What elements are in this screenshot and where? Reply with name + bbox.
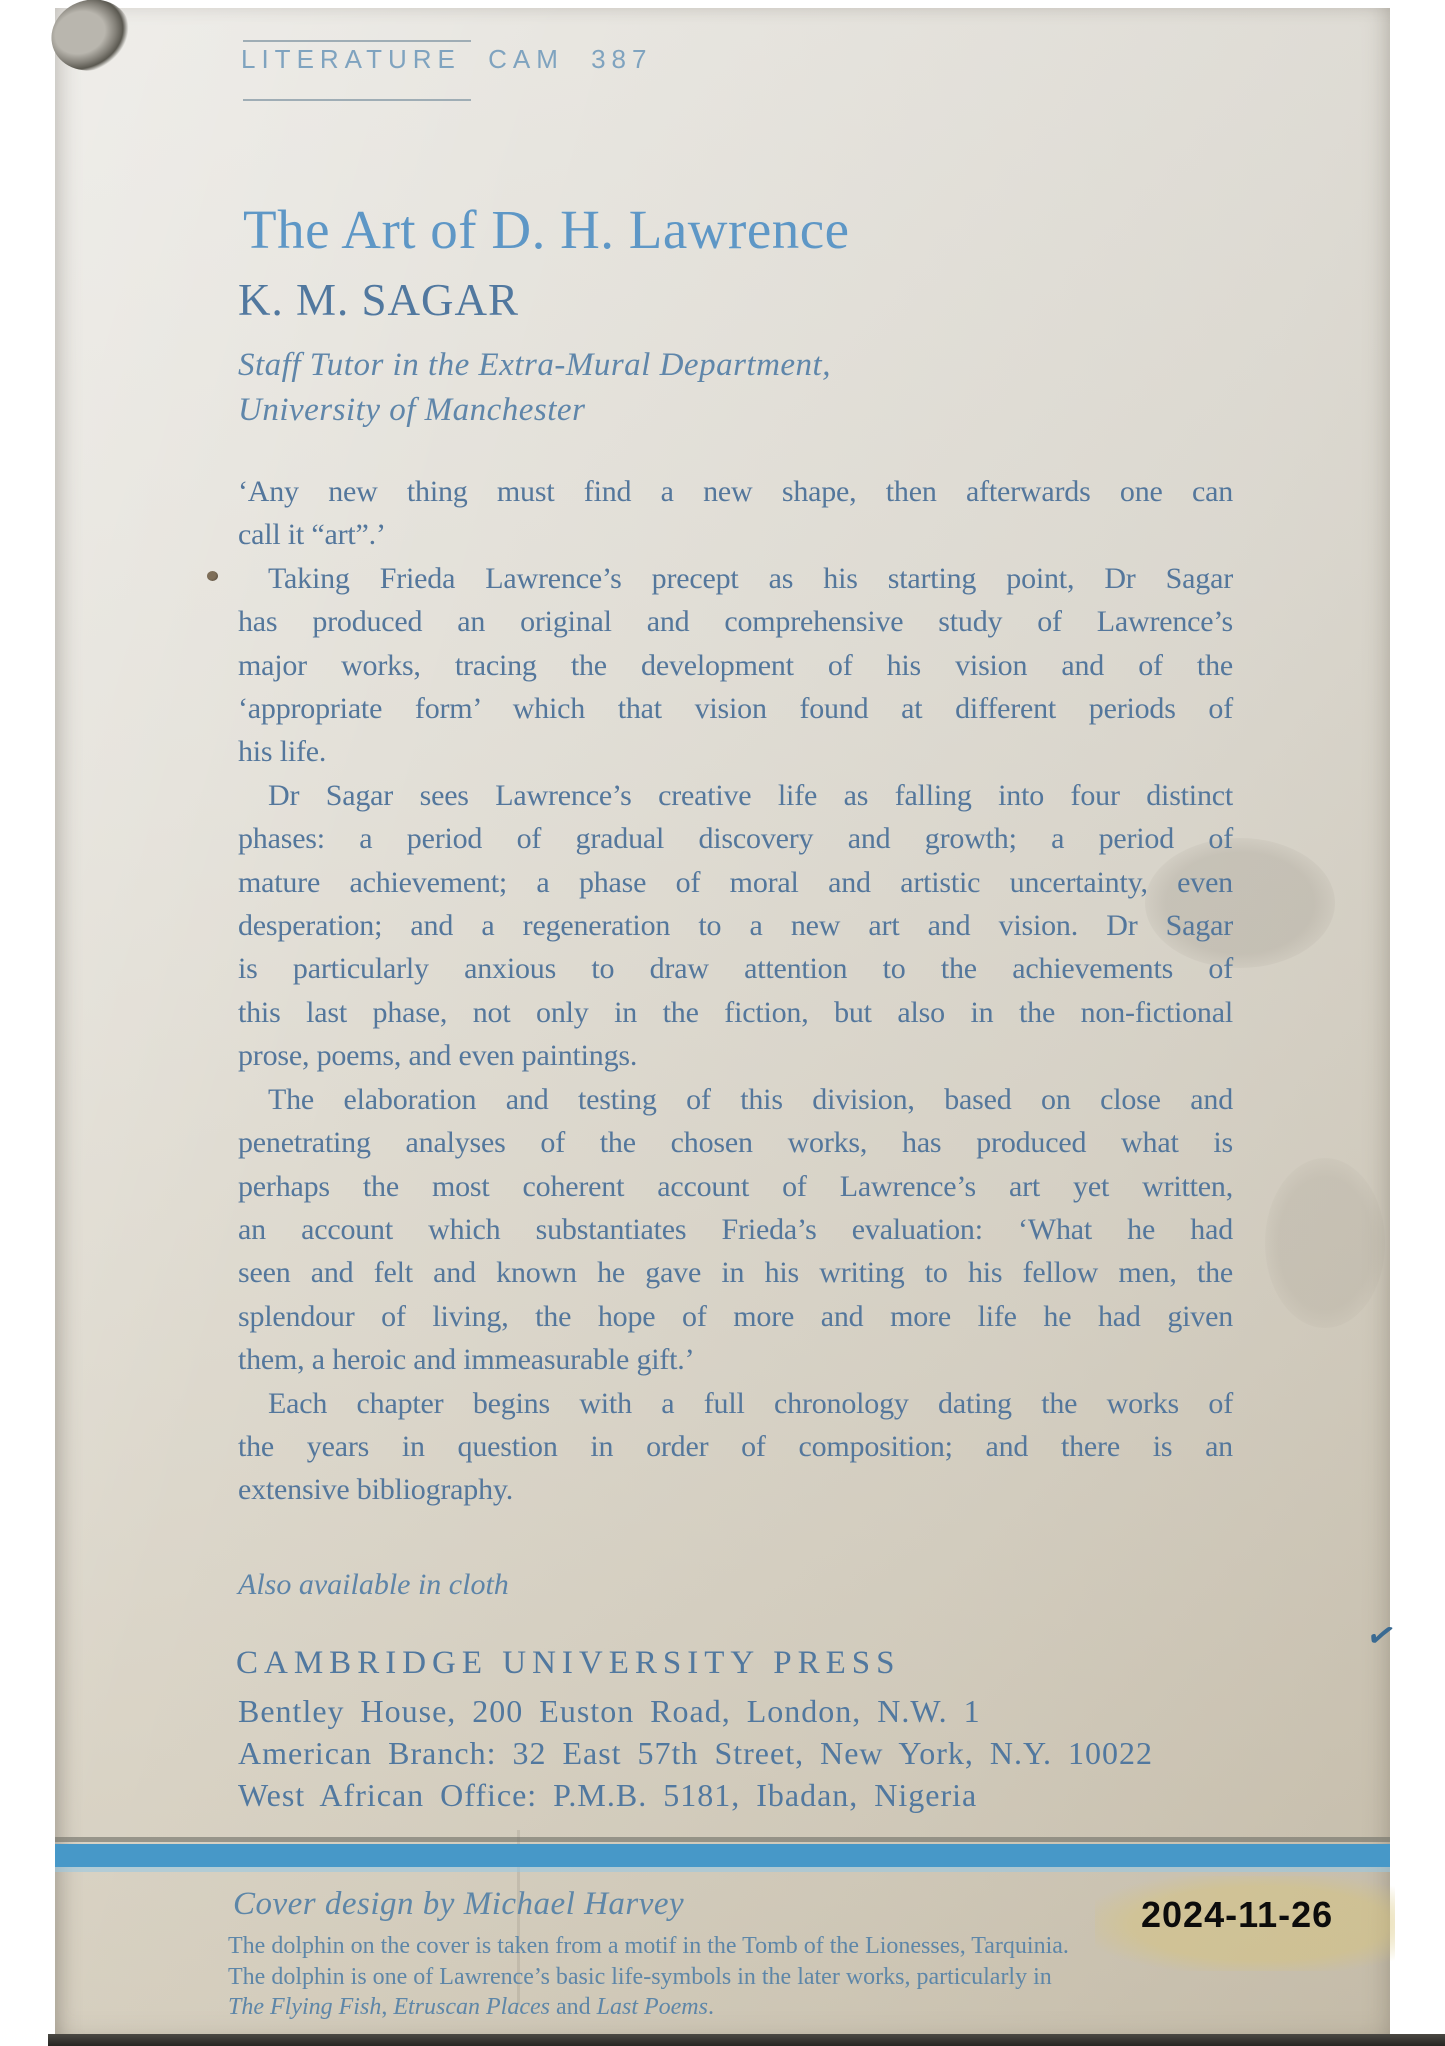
- dolphin-motif-note: The dolphin on the cover is taken from a…: [228, 1931, 1308, 2023]
- body-line: has produced an original and comprehensi…: [238, 600, 1233, 643]
- note-text: .: [708, 1994, 714, 2020]
- body-line: extensive bibliography.: [238, 1468, 1233, 1511]
- epigraph: ‘Any new thing must find a new shape, th…: [238, 470, 1233, 557]
- book-title-italic: Etruscan Places: [393, 1994, 550, 2020]
- affiliation-line: Staff Tutor in the Extra-Mural Departmen…: [238, 343, 831, 388]
- book-cover: LITERATURE CAM 387 The Art of D. H. Lawr…: [55, 8, 1390, 2046]
- body-line: penetrating analyses of the chosen works…: [238, 1121, 1233, 1164]
- book-title: The Art of D. H. Lawrence: [243, 198, 850, 261]
- paper-smudge: [1265, 1158, 1385, 1328]
- body-line: this last phase, not only in the fiction…: [238, 991, 1233, 1034]
- book-title-italic: Last Poems: [597, 1994, 708, 2020]
- body-line: call it “art”.’: [238, 513, 1233, 556]
- note-text: The dolphin on the cover is taken from a…: [228, 1933, 1069, 1959]
- book-title-italic: The Flying Fish: [228, 1994, 381, 2020]
- publisher-name: CAMBRIDGE UNIVERSITY PRESS: [236, 1645, 901, 1682]
- blue-divider-bar: [55, 1844, 1390, 1867]
- note-text: ,: [381, 1994, 393, 2020]
- date-stamp: 2024-11-26: [1141, 1894, 1333, 1936]
- para-1: Taking Frieda Lawrence’s precept as his …: [238, 557, 1233, 774]
- para-2: Dr Sagar sees Lawrence’s creative life a…: [238, 774, 1233, 1078]
- body-line: Dr Sagar sees Lawrence’s creative life a…: [238, 774, 1233, 817]
- body-line: ‘appropriate form’ which that vision fou…: [238, 687, 1233, 730]
- body-line: seen and felt and known he gave in his w…: [238, 1251, 1233, 1294]
- cover-design-credit: Cover design by Michael Harvey: [233, 1886, 684, 1923]
- body-line: the years in question in order of compos…: [238, 1425, 1233, 1468]
- body-line: phases: a period of gradual discovery an…: [238, 817, 1233, 860]
- author-affiliation: Staff Tutor in the Extra-Mural Departmen…: [238, 343, 831, 433]
- body-line: splendour of living, the hope of more an…: [238, 1295, 1233, 1338]
- bar-shadow: [55, 1837, 1390, 1842]
- body-line: them, a heroic and immeasurable gift.’: [238, 1338, 1233, 1381]
- publisher-addresses: Bentley House, 200 Euston Road, London, …: [238, 1690, 1153, 1816]
- body-line: Each chapter begins with a full chronolo…: [238, 1382, 1233, 1425]
- body-line: The elaboration and testing of this divi…: [238, 1078, 1233, 1121]
- pen-check-mark: ✓: [1363, 1613, 1400, 1659]
- body-line: major works, tracing the development of …: [238, 644, 1233, 687]
- masthead-rule-top: [243, 40, 471, 42]
- author-name: K. M. SAGAR: [238, 274, 519, 326]
- address-line: American Branch: 32 East 57th Street, Ne…: [238, 1732, 1153, 1774]
- body-line: ‘Any new thing must find a new shape, th…: [238, 470, 1233, 513]
- body-line: prose, poems, and even paintings.: [238, 1034, 1233, 1077]
- body-line: his life.: [238, 730, 1233, 773]
- affiliation-line: University of Manchester: [238, 388, 831, 433]
- series-masthead: LITERATURE CAM 387: [241, 44, 652, 75]
- cloth-availability-note: Also available in cloth: [238, 1568, 509, 1602]
- blurb-text: ‘Any new thing must find a new shape, th…: [238, 470, 1233, 1512]
- note-text: and: [550, 1994, 597, 2020]
- table-edge-bar: [48, 2034, 1445, 2046]
- dolphin-note-line: The dolphin is one of Lawrence’s basic l…: [228, 1962, 1308, 1993]
- ink-speck: [207, 571, 218, 581]
- body-line: an account which substantiates Frieda’s …: [238, 1208, 1233, 1251]
- body-line: is particularly anxious to draw attentio…: [238, 947, 1233, 990]
- address-line: West African Office: P.M.B. 5181, Ibadan…: [238, 1774, 1153, 1816]
- body-line: desperation; and a regeneration to a new…: [238, 904, 1233, 947]
- address-line: Bentley House, 200 Euston Road, London, …: [238, 1690, 1153, 1732]
- torn-corner-blemish: [42, 0, 140, 81]
- body-line: perhaps the most coherent account of Law…: [238, 1165, 1233, 1208]
- note-text: The dolphin is one of Lawrence’s basic l…: [228, 1964, 1052, 1990]
- body-line: mature achievement; a phase of moral and…: [238, 861, 1233, 904]
- body-line: Taking Frieda Lawrence’s precept as his …: [238, 557, 1233, 600]
- para-3: The elaboration and testing of this divi…: [238, 1078, 1233, 1382]
- para-4: Each chapter begins with a full chronolo…: [238, 1382, 1233, 1512]
- dolphin-note-line: The Flying Fish, Etruscan Places and Las…: [228, 1992, 1308, 2023]
- photo-of-book-back-cover: LITERATURE CAM 387 The Art of D. H. Lawr…: [0, 0, 1445, 2046]
- masthead-rule-bottom: [243, 99, 471, 101]
